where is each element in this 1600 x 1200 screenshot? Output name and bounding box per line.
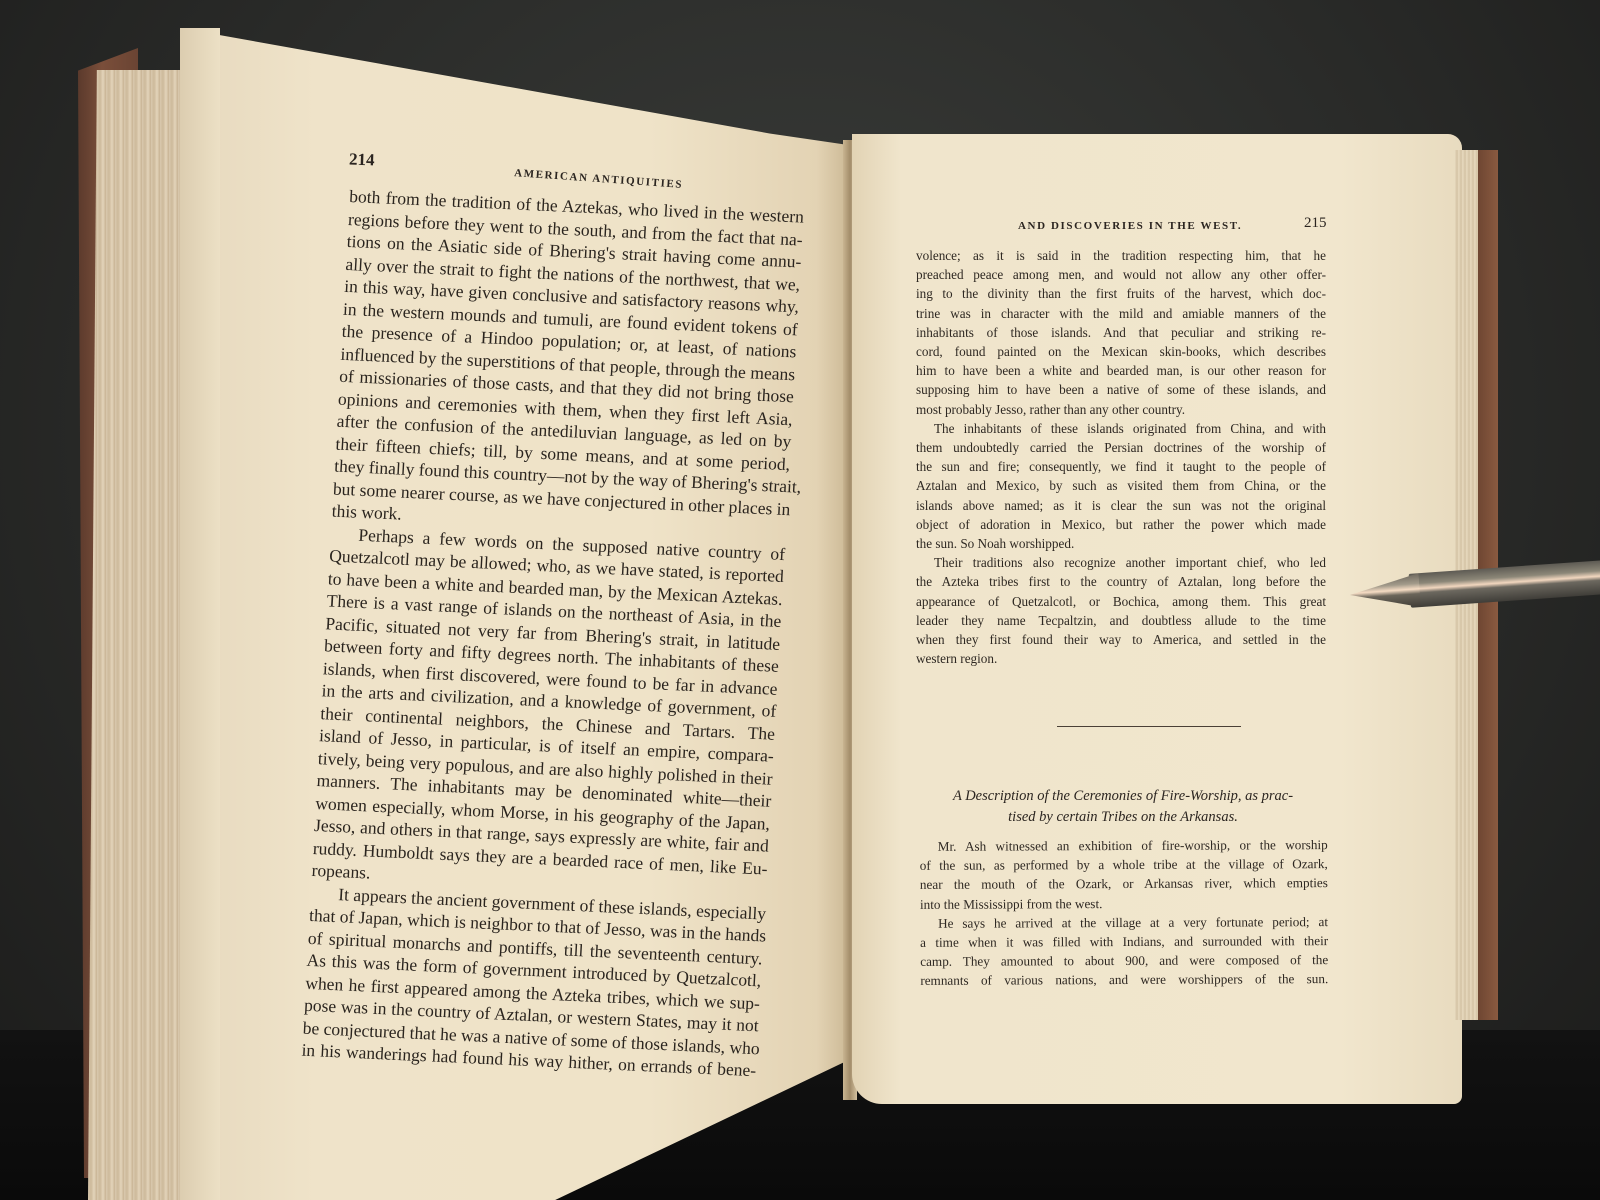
section-heading-line: tised by certain Tribes on the Arkansas. — [918, 807, 1328, 828]
text-line: camp. They amounted to about 900, and we… — [920, 950, 1328, 971]
text-line: islands above named; as it is clear the … — [916, 496, 1326, 515]
section-heading-line: A Description of the Ceremonies of Fire-… — [918, 786, 1328, 807]
text-line: the Azteka tribes first to the country o… — [916, 572, 1326, 591]
section-body: Mr. Ash witnessed an exhibition of fire-… — [920, 835, 1329, 990]
text-line: object of adoration in Mexico, but rathe… — [916, 515, 1326, 534]
text-line: of the sun, as performed by a whole trib… — [920, 854, 1328, 875]
text-line: remnants of various nations, and were wo… — [920, 970, 1328, 991]
page-number-right: 215 — [1304, 215, 1327, 232]
text-line: into the Mississippi from the west. — [920, 893, 1328, 914]
text-line: leader they name Tecpaltzin, and doubtle… — [916, 611, 1326, 630]
text-line: preached peace among men, and would not … — [916, 265, 1326, 284]
left-page-body: both from the tradition of the Aztekas, … — [301, 185, 805, 1082]
text-line: the sun and fire; consequently, we find … — [916, 457, 1326, 476]
text-line: volence; as it is said in the tradition … — [916, 246, 1326, 265]
page-number-left: 214 — [349, 150, 375, 171]
section-divider-rule — [1057, 726, 1241, 727]
pen-barrel — [1409, 559, 1600, 608]
text-line: Aztalan and Mexico, by such as visited t… — [916, 476, 1326, 495]
text-line: a time when it was filled with Indians, … — [920, 931, 1328, 952]
photo-scene: 214 American Antiquities both from the t… — [0, 0, 1600, 1200]
text-line: appearance of Quetzalcotl, or Bochica, a… — [916, 592, 1326, 611]
text-line: when they first found their way to Ameri… — [916, 630, 1326, 649]
text-line: trine was in character with the mild and… — [916, 304, 1326, 323]
section-heading: A Description of the Ceremonies of Fire-… — [918, 786, 1328, 828]
text-line: most probably Jesso, rather than any oth… — [916, 400, 1326, 419]
text-line: cord, found painted on the Mexican skin-… — [916, 342, 1326, 361]
text-line: Their traditions also recognize another … — [916, 553, 1326, 572]
text-line: inhabitants of those islands. And that p… — [916, 323, 1326, 342]
text-line: ing to the divinity than the first fruit… — [916, 284, 1326, 303]
text-line: supposing him to have been a native of s… — [916, 380, 1326, 399]
text-line: them undoubtedly carried the Persian doc… — [916, 438, 1326, 457]
text-line: Mr. Ash witnessed an exhibition of fire-… — [920, 835, 1328, 856]
text-line: The inhabitants of these islands origina… — [916, 419, 1326, 438]
right-page-body: volence; as it is said in the tradition … — [916, 246, 1326, 668]
text-line: him to have been a white and bearded man… — [916, 361, 1326, 380]
text-line: western region. — [916, 649, 1326, 668]
text-line: He says he arrived at the village at a v… — [920, 912, 1328, 933]
text-line: near the mouth of the Ozark, or Arkansas… — [920, 874, 1328, 895]
text-line: the sun. So Noah worshipped. — [916, 534, 1326, 553]
running-head-right: And Discoveries in the West. — [1018, 220, 1242, 232]
left-page-margin — [180, 28, 220, 1200]
